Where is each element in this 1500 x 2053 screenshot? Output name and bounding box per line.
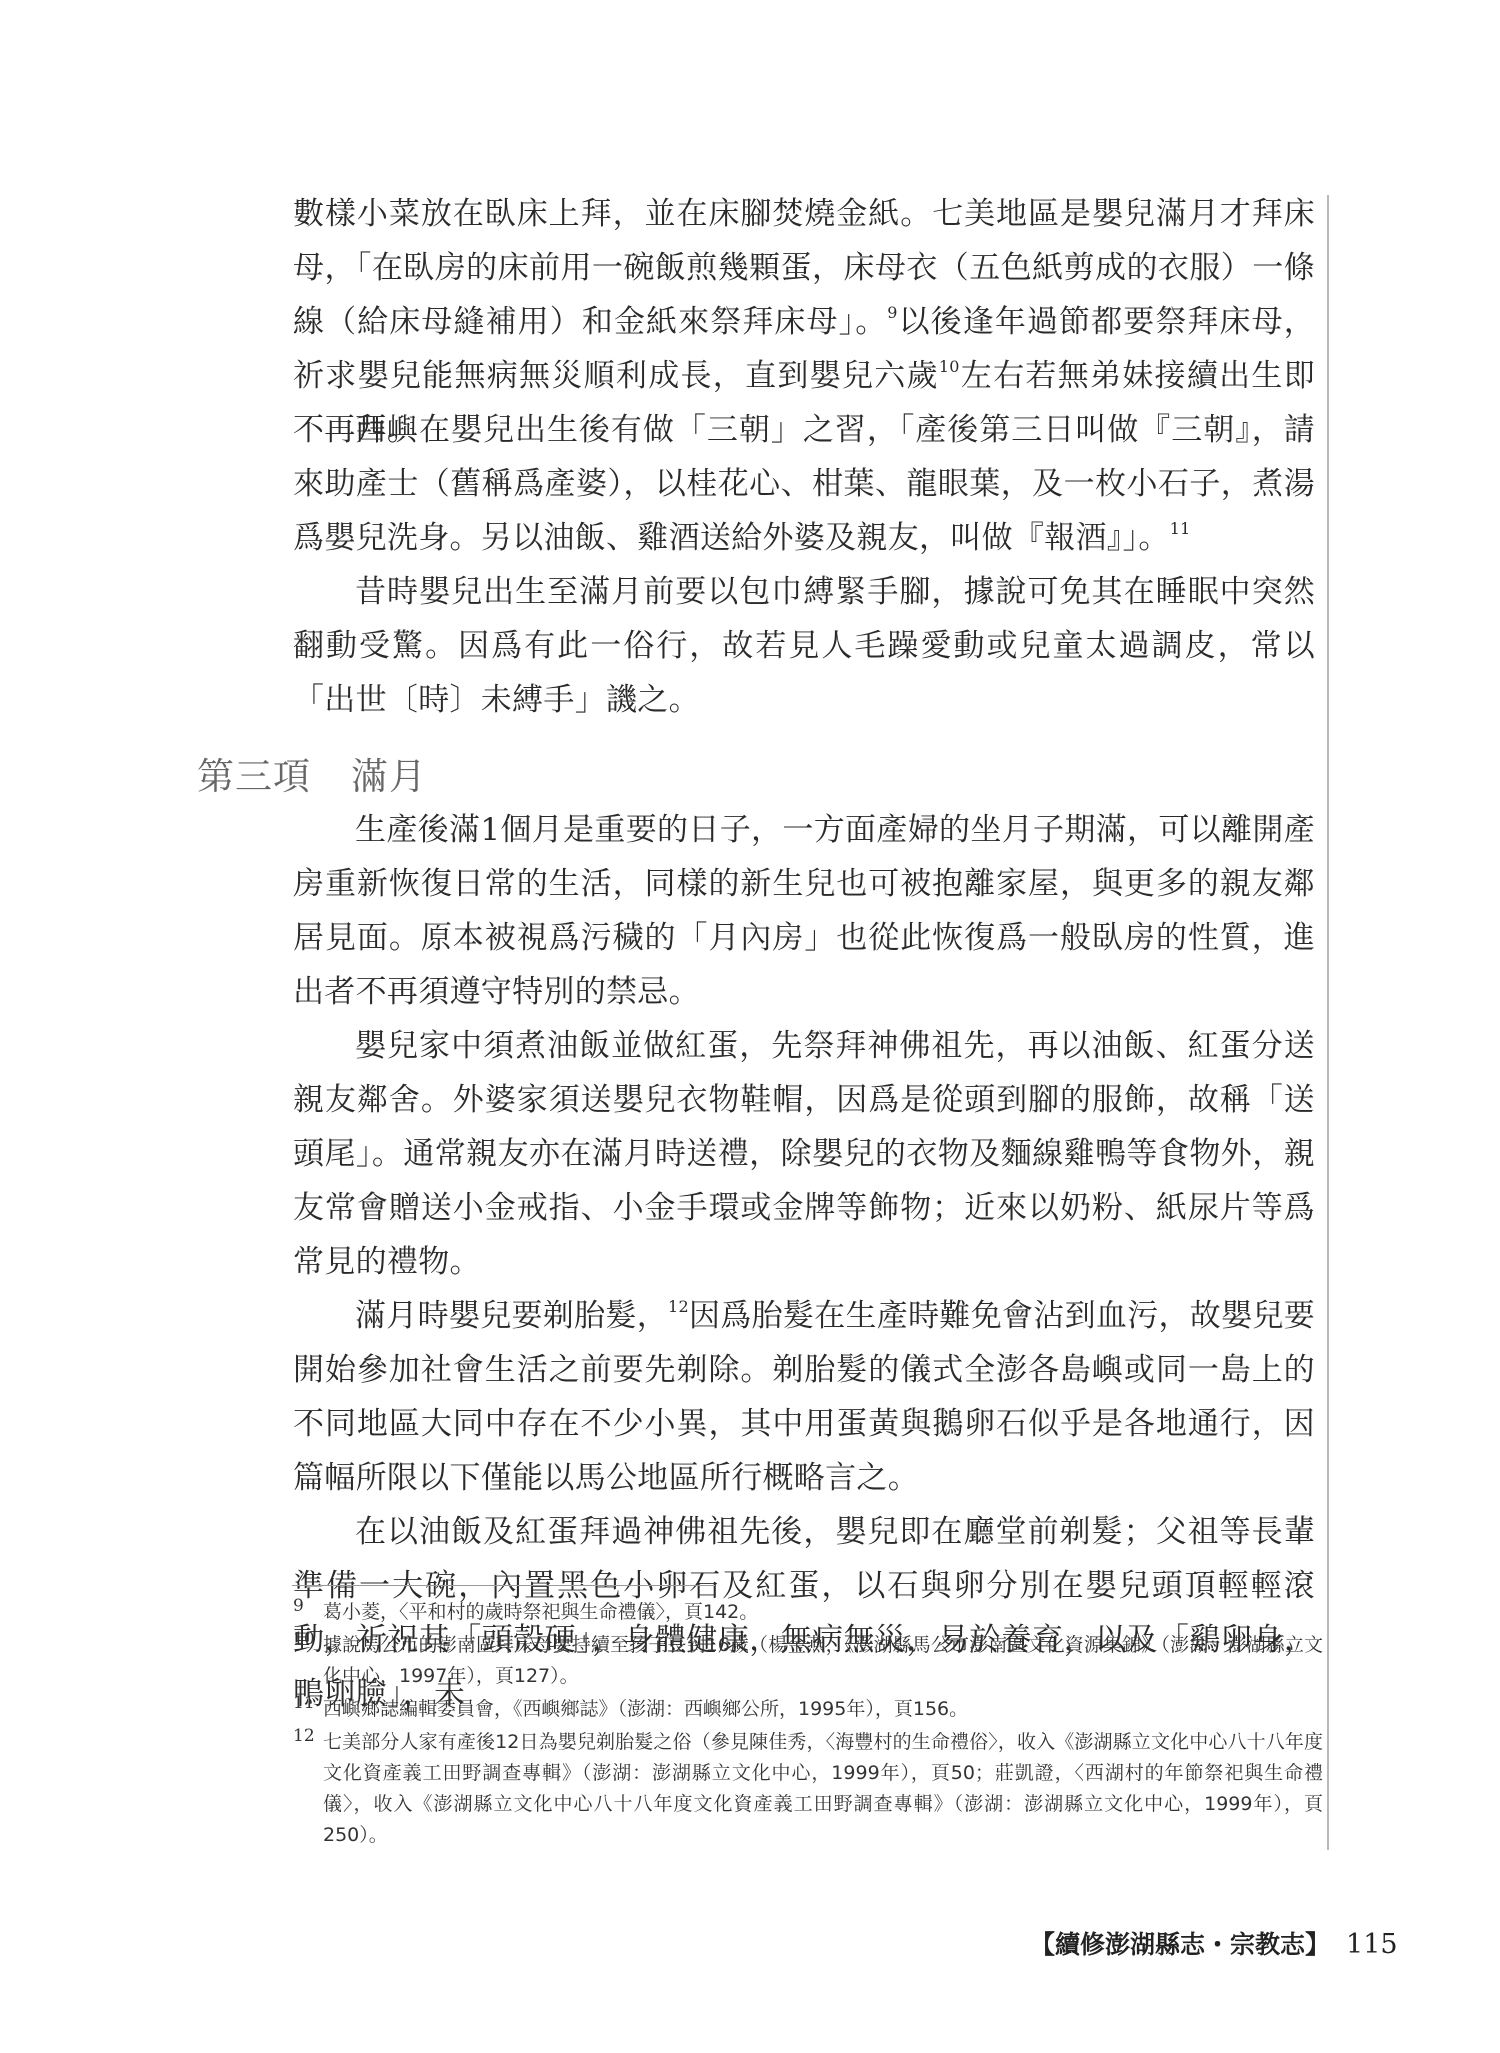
book-page: 數樣小菜放在臥床上拜，並在床腳焚燒金紙。七美地區是嬰兒滿月才拜床母，「在臥房的床…: [0, 0, 1500, 2053]
page-number: 115: [1346, 1929, 1398, 1960]
footnotes: 9葛小菱，〈平和村的歲時祭祀與生命禮儀〉，頁142。 10據說馬公市的澎南區拜床…: [293, 1597, 1323, 1853]
paragraph-full-month: 生產後滿1個月是重要的日子，一方面產婦的坐月子期滿，可以離開產房重新恢復日常的生…: [293, 803, 1315, 1019]
paragraph-red-eggs: 嬰兒家中須煮油飯並做紅蛋，先祭拜神佛祖先，再以油飯、紅蛋分送親友鄰舍。外婆家須送…: [293, 1019, 1315, 1289]
footnote-12: 12七美部分人家有產後12日為嬰兒剃胎髮之俗（參見陳佳秀，〈海豐村的生命禮俗〉，…: [293, 1727, 1323, 1851]
paragraph-swaddling: 昔時嬰兒出生至滿月前要以包巾縛緊手腳，據說可免其在睡眠中突然翻動受驚。因爲有此一…: [293, 565, 1315, 727]
body-text-section-b: 西嶼在嬰兒出生後有做「三朝」之習，「產後第三日叫做『三朝』，請來助產士（舊稱爲產…: [293, 403, 1315, 727]
section-heading-label: 第三項: [197, 755, 311, 798]
footnote-ref-9[interactable]: 9: [887, 303, 897, 322]
footnote-9: 9葛小菱，〈平和村的歲時祭祀與生命禮儀〉，頁142。: [293, 1597, 1323, 1628]
footnote-ref-12[interactable]: 12: [668, 1297, 689, 1316]
footnote-divider: [292, 1585, 715, 1586]
margin-vertical-rule: [1327, 195, 1329, 1850]
footnote-number: 9: [293, 1591, 304, 1622]
footnote-number: 10: [293, 1624, 315, 1655]
footnote-ref-11[interactable]: 11: [1170, 519, 1191, 538]
section-heading: 第三項滿月: [197, 746, 427, 800]
paragraph-sanzhao: 西嶼在嬰兒出生後有做「三朝」之習，「產後第三日叫做『三朝』，請來助產士（舊稱爲產…: [293, 403, 1315, 565]
footnote-ref-10[interactable]: 10: [939, 357, 960, 376]
body-text-section-c: 生產後滿1個月是重要的日子，一方面產婦的坐月子期滿，可以離開產房重新恢復日常的生…: [293, 803, 1315, 1721]
footnote-number: 11: [293, 1688, 315, 1719]
footnote-10: 10據說馬公市的澎南區拜床母要持續至孩子長到16歲（楊金燕，《澎湖縣馬公市澎南區…: [293, 1630, 1323, 1692]
page-footer: 【續修澎湖縣志・宗教志】115: [1030, 1925, 1398, 1961]
section-heading-title: 滿月: [351, 755, 427, 798]
footnote-11: 11西嶼鄉誌編輯委員會，《西嶼鄉誌》（澎湖：西嶼鄉公所，1995年），頁156。: [293, 1694, 1323, 1725]
footnote-number: 12: [293, 1721, 315, 1752]
paragraph-hair-shaving: 滿月時嬰兒要剃胎髮，12因爲胎髮在生產時難免會沾到血污，故嬰兒要開始參加社會生活…: [293, 1289, 1315, 1505]
running-title: 【續修澎湖縣志・宗教志】: [1030, 1930, 1330, 1959]
